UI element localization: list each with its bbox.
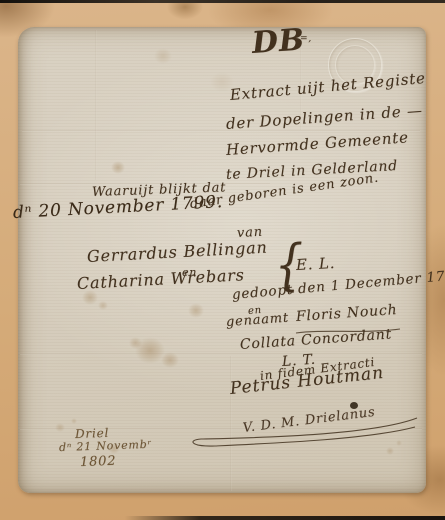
stain <box>111 161 125 174</box>
scan-edge-top <box>0 0 445 3</box>
fold-crease <box>20 353 422 355</box>
stain <box>55 423 65 432</box>
stain <box>154 48 172 64</box>
scan-edge-bottom <box>0 516 445 520</box>
stain <box>188 303 204 318</box>
stain <box>98 301 108 310</box>
monogram-mark: =, <box>300 34 312 44</box>
stain <box>71 418 77 424</box>
monogram: DB <box>251 22 306 61</box>
stain <box>161 352 179 368</box>
spouses-mark: E. L. <box>296 254 336 274</box>
document-scan: DB =, Extract uijt het Registe der Dopel… <box>0 0 445 520</box>
fold-crease <box>95 30 97 180</box>
stain <box>129 337 142 349</box>
issued-year: 1802 <box>80 454 117 470</box>
